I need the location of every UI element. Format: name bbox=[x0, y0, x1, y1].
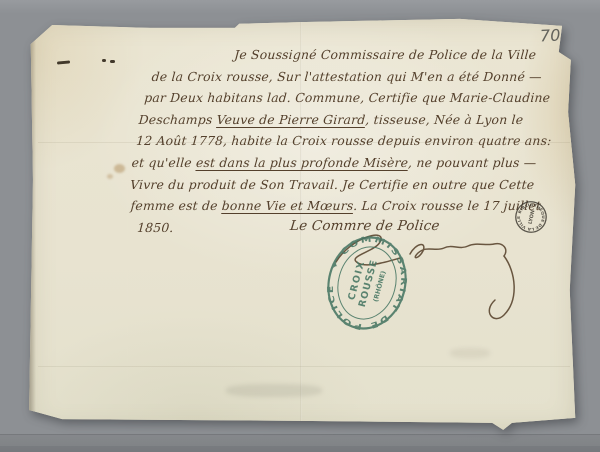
manuscript-segment: femme est de bbox=[130, 198, 222, 213]
smudge-stain bbox=[450, 348, 490, 358]
manuscript-segment: Vivre du produit de Son Travail. Je Cert… bbox=[130, 177, 535, 192]
foxing-stain bbox=[114, 164, 125, 173]
police-oval-stamp: ✦ COMMISSARIAT DE POLICE CROIX ROUSSE (R… bbox=[292, 212, 442, 354]
manuscript-line: de la Croix rousse, Sur l'attestation qu… bbox=[137, 66, 583, 88]
manuscript-line: 12 Août 1778, habite la Croix rousse dep… bbox=[132, 130, 578, 152]
manuscript-underlined-segment: Veuve de Pierre Girard bbox=[216, 112, 366, 127]
ink-dot-mark bbox=[102, 59, 106, 62]
document-paper-wrapper: 70 Je Soussigné Commissaire de Police de… bbox=[0, 0, 600, 452]
horizontal-fold-crease bbox=[38, 366, 570, 367]
ink-dot-mark bbox=[110, 60, 115, 63]
manuscript-line: et qu'elle est dans la plus profonde Mis… bbox=[131, 152, 577, 174]
manuscript-underlined-segment: bonne Vie et Mœurs bbox=[221, 198, 354, 213]
manuscript-segment: Je Soussigné Commissaire de Police de la… bbox=[234, 47, 537, 62]
manuscript-segment: 1850. bbox=[137, 220, 175, 235]
manuscript-segment: Deschamps bbox=[138, 112, 217, 127]
manuscript-segment: et qu'elle bbox=[131, 155, 196, 170]
foxing-stain bbox=[107, 174, 113, 179]
paper-left-edge-shadow bbox=[28, 18, 36, 432]
manuscript-underlined-segment: est dans la plus profonde Misère bbox=[196, 155, 409, 170]
archival-page-number: 70 bbox=[540, 25, 561, 45]
manuscript-segment: par Deux habitans lad. Commune, Certifie… bbox=[144, 90, 551, 105]
library-round-stamp: BIBLIOTHÈQUE DE LA VILLE LYON bbox=[508, 194, 554, 240]
manuscript-line: Vivre du produit de Son Travail. Je Cert… bbox=[129, 174, 575, 196]
manuscript-line: Je Soussigné Commissaire de Police de la… bbox=[138, 44, 584, 66]
smudge-stain bbox=[226, 384, 322, 397]
manuscript-paper: 70 Je Soussigné Commissaire de Police de… bbox=[28, 18, 578, 432]
manuscript-segment: 12 Août 1778, habite la Croix rousse dep… bbox=[136, 133, 552, 148]
manuscript-line: par Deux habitans lad. Commune, Certifie… bbox=[135, 87, 581, 109]
round-stamp-center-text: LYON bbox=[528, 210, 537, 225]
ink-dash-mark bbox=[57, 60, 70, 64]
photo-background: 70 Je Soussigné Commissaire de Police de… bbox=[0, 0, 600, 452]
manuscript-segment: , tisseuse, Née à Lyon le bbox=[365, 112, 524, 127]
manuscript-segment: , ne pouvant plus — bbox=[408, 155, 537, 170]
manuscript-line: Deschamps Veuve de Pierre Girard, tisseu… bbox=[134, 109, 580, 131]
manuscript-segment: de la Croix rousse, Sur l'attestation qu… bbox=[151, 69, 542, 84]
